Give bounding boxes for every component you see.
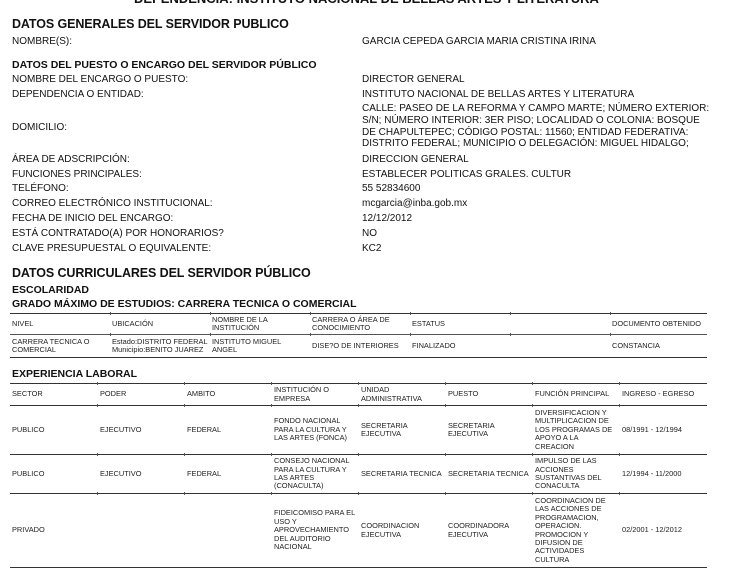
education-header-cell: CARRERA O ÁREA DE CONOCIMIENTO (312, 314, 407, 334)
education-header-text: ESTATUS (412, 320, 445, 328)
experience-cell: PRIVADO (12, 494, 96, 567)
education-header-text: NIVEL (12, 320, 33, 328)
experience-cell-text: EJECUTIVO (100, 426, 141, 434)
experience-cell: 12/1994 - 11/2000 (622, 455, 704, 493)
experience-header-text: AMBITO (187, 390, 215, 398)
education-cell: CARRERA TECNICA O COMERCIAL (12, 335, 107, 357)
experience-cell: EJECUTIVO (100, 455, 184, 493)
experience-cell-text: 02/2001 - 12/2012 (622, 526, 682, 534)
experience-header-cell: UNIDAD ADMINISTRATIVA (361, 384, 445, 405)
experience-cell: PUBLICO (12, 406, 96, 454)
education-header-cell: NIVEL (12, 314, 107, 334)
experience-header-text: INSTITUCIÓN O EMPRESA (274, 386, 358, 403)
email-value[interactable]: mcgarcia@inba.gob.mx (362, 198, 467, 209)
education-header-cell: UBICACIÓN (112, 314, 210, 334)
experience-cell-text: SECRETARIA TECNICA (448, 470, 529, 478)
experience-cell-text: 08/1991 - 12/1994 (622, 426, 682, 434)
experience-header-cell: FUNCIÓN PRINCIPAL (535, 384, 617, 405)
area-label: ÁREA DE ADSCRIPCIÓN: (12, 154, 130, 165)
experience-cell: SECRETARIA TECNICA (361, 455, 445, 493)
experience-cell (100, 494, 184, 567)
experience-header-text: UNIDAD ADMINISTRATIVA (361, 386, 445, 403)
experience-header-cell: PUESTO (448, 384, 532, 405)
experience-cell: 08/1991 - 12/1994 (622, 406, 704, 454)
agency-label: DEPENDENCIA O ENTIDAD: (12, 89, 144, 100)
experience-cell-text: COORDINACION EJECUTIVA (361, 522, 445, 539)
experience-cell: FONDO NACIONAL PARA LA CULTURA Y LAS ART… (274, 406, 358, 454)
schooling-title: ESCOLARIDAD (12, 284, 89, 296)
email-label: CORREO ELECTRÓNICO INSTITUCIONAL: (12, 198, 213, 209)
experience-cell: CONSEJO NACIONAL PARA LA CULTURA Y LAS A… (274, 455, 358, 493)
experience-cell (187, 494, 271, 567)
area-value: DIRECCION GENERAL (362, 154, 469, 165)
experience-cell-text: COORDINADORA EJECUTIVA (448, 522, 532, 539)
experience-cell-text: DIVERSIFICACION Y MULTIPLICACION DE LOS … (535, 409, 617, 451)
experience-cell: DIVERSIFICACION Y MULTIPLICACION DE LOS … (535, 406, 617, 454)
experience-cell-text: IMPULSO DE LAS ACCIONES SUSTANTIVAS DEL … (535, 457, 617, 491)
education-cell: FINALIZADO (412, 335, 507, 357)
experience-table: SECTORPODERAMBITOINSTITUCIÓN O EMPRESAUN… (10, 383, 707, 568)
education-cell-text: CONSTANCIA (612, 342, 660, 350)
education-table: NIVELUBICACIÓNNOMBRE DE LA INSTITUCIÓNCA… (10, 313, 707, 358)
start-date-value: 12/12/2012 (362, 213, 412, 224)
experience-header-text: INGRESO - EGRESO (622, 390, 694, 398)
education-cell-text: INSTITUTO MIGUEL ANGEL (212, 338, 307, 355)
experience-cell: COORDINACION EJECUTIVA (361, 494, 445, 567)
experience-header-text: FUNCIÓN PRINCIPAL (535, 390, 609, 398)
curricular-section-title: DATOS CURRICULARES DEL SERVIDOR PÚBLICO (12, 266, 311, 280)
education-header-text: CARRERA O ÁREA DE CONOCIMIENTO (312, 316, 407, 333)
education-cell (512, 335, 607, 357)
experience-cell: SECRETARIA TECNICA (448, 455, 532, 493)
start-date-label: FECHA DE INICIO DEL ENCARGO: (12, 213, 173, 224)
experience-cell: COORDINADORA EJECUTIVA (448, 494, 532, 567)
phone-label: TELÉFONO: (12, 183, 69, 194)
experience-cell: FIDEICOMISO PARA EL USO Y APROVECHAMIENT… (274, 494, 358, 567)
experience-cell-text: FONDO NACIONAL PARA LA CULTURA Y LAS ART… (274, 417, 358, 442)
name-label: NOMBRE(S): (12, 36, 72, 47)
experience-cell-text: CONSEJO NACIONAL PARA LA CULTURA Y LAS A… (274, 457, 358, 491)
experience-header-text: PUESTO (448, 390, 478, 398)
education-header-cell: DOCUMENTO OBTENIDO (612, 314, 707, 334)
education-header-cell (512, 314, 607, 334)
experience-cell: FEDERAL (187, 406, 271, 454)
experience-cell-text: FEDERAL (187, 426, 221, 434)
education-cell-text: FINALIZADO (412, 342, 456, 350)
experience-cell-text: EJECUTIVO (100, 470, 141, 478)
experience-cell: EJECUTIVO (100, 406, 184, 454)
fees-contract-value: NO (362, 228, 377, 239)
experience-header-cell: PODER (100, 384, 184, 405)
experience-cell-text: COORDINACION DE LAS ACCIONES DE PROGRAMA… (535, 497, 617, 564)
experience-header-cell: INGRESO - EGRESO (622, 384, 704, 405)
functions-value: ESTABLECER POLITICAS GRALES. CULTUR (362, 169, 571, 180)
education-cell-text: Estado:DISTRITO FEDERAL Municipio:BENITO… (112, 338, 210, 355)
education-header-text: UBICACIÓN (112, 320, 153, 328)
education-header-cell: NOMBRE DE LA INSTITUCIÓN (212, 314, 307, 334)
address-value: CALLE: PASEO DE LA REFORMA Y CAMPO MARTE… (362, 103, 712, 150)
experience-cell: IMPULSO DE LAS ACCIONES SUSTANTIVAS DEL … (535, 455, 617, 493)
experience-cell: COORDINACION DE LAS ACCIONES DE PROGRAMA… (535, 494, 617, 567)
education-cell-text: DISE?O DE INTERIORES (312, 342, 399, 350)
experience-cell-text: PUBLICO (12, 470, 44, 478)
experience-cell-text: FEDERAL (187, 470, 221, 478)
page-header-truncated: DEPENDENCIA: INSTITUTO NACIONAL DE BELLA… (0, 0, 733, 6)
experience-header-cell: SECTOR (12, 384, 96, 405)
position-section-title: DATOS DEL PUESTO O ENCARGO DEL SERVIDOR … (12, 59, 317, 71)
phone-value: 55 52834600 (362, 183, 420, 194)
experience-header-cell: INSTITUCIÓN O EMPRESA (274, 384, 358, 405)
fees-contract-label: ESTÁ CONTRATADO(A) POR HONORARIOS? (12, 228, 224, 239)
education-cell-text: CARRERA TECNICA O COMERCIAL (12, 338, 107, 355)
education-header-cell: ESTATUS (412, 314, 507, 334)
experience-cell-text: SECRETARIA TECNICA (361, 470, 442, 478)
experience-cell: SECRETARIA EJECUTIVA (448, 406, 532, 454)
position-name-value: DIRECTOR GENERAL (362, 74, 465, 85)
experience-cell-text: SECRETARIA EJECUTIVA (448, 422, 532, 439)
experience-cell-text: SECRETARIA EJECUTIVA (361, 422, 445, 439)
experience-header-text: SECTOR (12, 390, 43, 398)
education-cell: CONSTANCIA (612, 335, 707, 357)
education-cell: DISE?O DE INTERIORES (312, 335, 407, 357)
education-cell: INSTITUTO MIGUEL ANGEL (212, 335, 307, 357)
education-cell: Estado:DISTRITO FEDERAL Municipio:BENITO… (112, 335, 210, 357)
experience-cell: 02/2001 - 12/2012 (622, 494, 704, 567)
name-value: GARCIA CEPEDA GARCIA MARIA CRISTINA IRIN… (362, 36, 596, 47)
experience-cell-text: FIDEICOMISO PARA EL USO Y APROVECHAMIENT… (274, 509, 358, 551)
experience-cell-text: PRIVADO (12, 526, 45, 534)
address-label: DOMICILIO: (12, 122, 67, 133)
experience-cell-text: 12/1994 - 11/2000 (622, 470, 681, 478)
budget-key-label: CLAVE PRESUPUESTAL O EQUIVALENTE: (12, 243, 211, 254)
experience-cell: FEDERAL (187, 455, 271, 493)
education-header-text: NOMBRE DE LA INSTITUCIÓN (212, 316, 307, 333)
experience-cell: SECRETARIA EJECUTIVA (361, 406, 445, 454)
agency-value: INSTITUTO NACIONAL DE BELLAS ARTES Y LIT… (362, 89, 634, 100)
experience-header-text: PODER (100, 390, 126, 398)
experience-title: EXPERIENCIA LABORAL (12, 368, 137, 380)
functions-label: FUNCIONES PRINCIPALES: (12, 169, 142, 180)
position-name-label: NOMBRE DEL ENCARGO O PUESTO: (12, 74, 188, 85)
budget-key-value: KC2 (362, 243, 381, 254)
experience-cell-text: PUBLICO (12, 426, 44, 434)
max-degree-title: GRADO MÁXIMO DE ESTUDIOS: CARRERA TECNIC… (12, 298, 357, 310)
experience-cell: PUBLICO (12, 455, 96, 493)
general-section-title: DATOS GENERALES DEL SERVIDOR PUBLICO (12, 17, 289, 31)
education-header-text: DOCUMENTO OBTENIDO (612, 320, 701, 328)
experience-header-cell: AMBITO (187, 384, 271, 405)
